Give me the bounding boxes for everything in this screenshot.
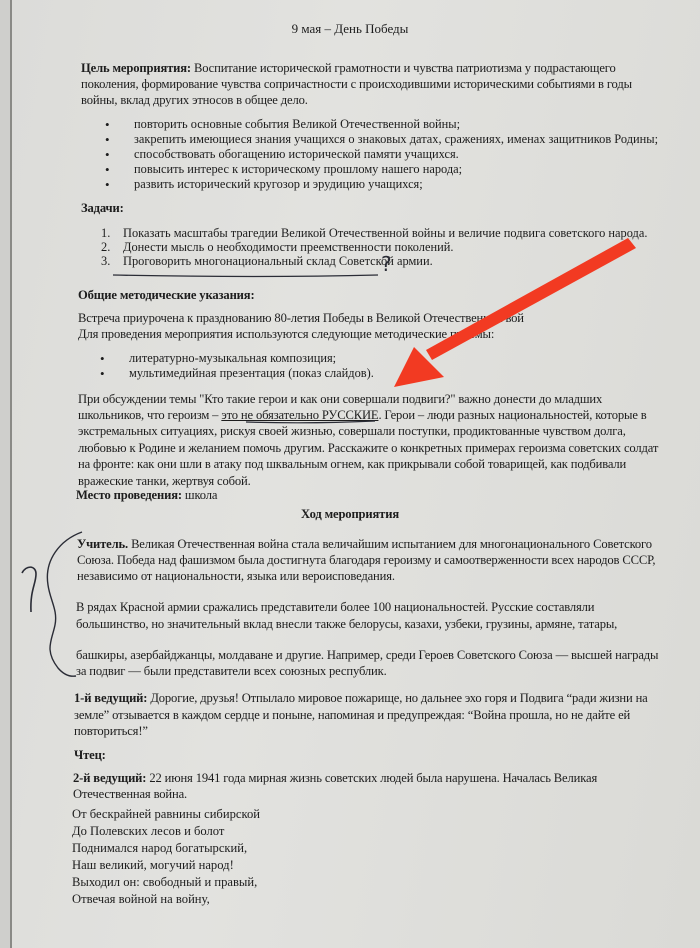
discussion-line-2: школьников, что героизм – это не обязате…	[78, 407, 647, 423]
host2-label: 2-й ведущий:	[73, 771, 146, 785]
poem-line: Отвечая войной на войну,	[72, 891, 260, 908]
goal-line-3: войны, вклад других этносов в общее дело…	[81, 92, 308, 108]
list-item: повысить интерес к историческому прошлом…	[105, 162, 658, 177]
host2-line-2: Отечественная война.	[73, 786, 187, 802]
host1-label: 1-й ведущий:	[74, 691, 147, 705]
poem-line: От бескрайней равнины сибирской	[72, 806, 260, 823]
list-item: мультимедийная презентация (показ слайдо…	[100, 366, 374, 381]
methods-heading: Общие методические указания:	[78, 287, 255, 303]
discussion-line-3: экстремальных ситуациях, рискуя своей жи…	[78, 423, 626, 439]
tasks-heading: Задачи:	[81, 200, 124, 216]
page-edge	[10, 0, 12, 948]
poem-line: До Полевских лесов и болот	[72, 823, 260, 840]
teacher-line-2: Союза. Победа над фашизмом была достигну…	[77, 552, 655, 568]
teacher-para2-line-3: башкиры, азербайджанцы, молдаване и друг…	[76, 647, 658, 663]
methods-bullet-list: литературно-музыкальная композиция; муль…	[100, 351, 374, 381]
document-title: 9 мая – День Победы	[0, 21, 700, 37]
teacher-line-1: Учитель. Великая Отечественная война ста…	[77, 536, 652, 552]
discussion-line-5: на фронте: как они шли в атаку под шквал…	[78, 456, 626, 472]
list-item: повторить основные события Великой Отече…	[105, 117, 658, 132]
poem-line: Наш великий, могучий народ!	[72, 857, 260, 874]
goal-text-1: Воспитание исторической грамотности и чу…	[194, 61, 616, 75]
goal-label: Цель мероприятия:	[81, 61, 191, 75]
teacher-para2-line-1: В рядах Красной армии сражались представ…	[76, 599, 594, 615]
teacher-label: Учитель.	[77, 537, 128, 551]
list-item: 2.Донести мысль о необходимости преемств…	[101, 240, 647, 254]
methods-line-1: Встреча приурочена к празднованию 80-лет…	[78, 310, 524, 326]
course-heading: Ход мероприятия	[0, 506, 700, 522]
list-item: 3.Проговорить многонациональный склад Со…	[101, 254, 647, 268]
list-item: 1.Показать масштабы трагедии Великой Оте…	[101, 226, 647, 240]
discussion-line-4: любовью к Родине и желанием помочь други…	[78, 440, 658, 456]
poem-line: Выходил он: свободный и правый,	[72, 874, 260, 891]
host1-line-1: 1-й ведущий: Дорогие, друзья! Отпылало м…	[74, 690, 648, 706]
goal-line-2: поколения, формирование чувства сопричас…	[81, 76, 632, 92]
poem: От бескрайней равнины сибирской До Полев…	[72, 806, 260, 908]
venue-value: школа	[185, 488, 217, 502]
host1-line-2: земле” отзывается в каждом сердце и поны…	[74, 707, 630, 723]
methods-line-2: Для проведения мероприятия используются …	[78, 326, 494, 342]
list-item: литературно-музыкальная композиция;	[100, 351, 374, 366]
venue-label: Место проведения:	[76, 488, 182, 502]
list-item: развить исторический кругозор и эрудицию…	[105, 177, 658, 192]
goal-bullet-list: повторить основные события Великой Отече…	[105, 117, 658, 192]
teacher-line-3: независимо от национальности, языка или …	[77, 568, 395, 584]
host1-line-3: повториться!”	[74, 723, 148, 739]
tasks-list: 1.Показать масштабы трагедии Великой Оте…	[101, 226, 647, 268]
host2-line-1: 2-й ведущий: 22 июня 1941 года мирная жи…	[73, 770, 597, 786]
goal-line-1: Цель мероприятия: Воспитание историческо…	[81, 60, 616, 76]
list-item: способствовать обогащению исторической п…	[105, 147, 658, 162]
highlighted-phrase: это не обязательно РУССКИЕ	[221, 408, 378, 422]
list-item: закрепить имеющиеся знания учащихся о зн…	[105, 132, 658, 147]
teacher-para2-line-4: за подвиг — были представители всех союз…	[76, 663, 387, 679]
venue-line: Место проведения: школа	[76, 487, 217, 503]
discussion-line-1: При обсуждении темы "Кто такие герои и к…	[78, 391, 602, 407]
poem-line: Поднимался народ богатырский,	[72, 840, 260, 857]
teacher-para2-line-2: большинство, но значительный вклад внесл…	[76, 616, 617, 632]
reader-label: Чтец:	[74, 747, 106, 763]
